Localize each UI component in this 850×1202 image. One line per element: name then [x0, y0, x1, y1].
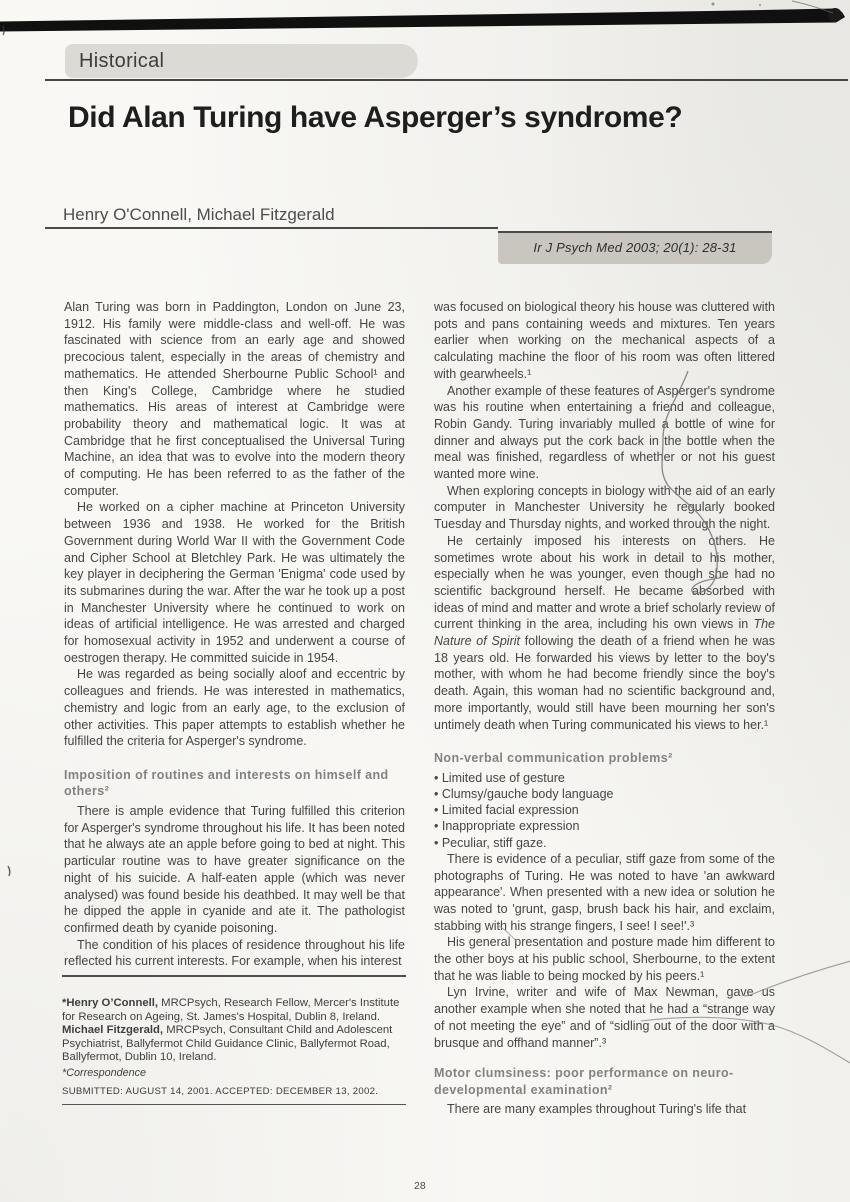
footnote-author2: Michael Fitzgerald, MRCPsych, Consultant… [62, 1024, 406, 1065]
paragraph: There is evidence of a peculiar, stiff g… [434, 851, 775, 935]
paragraph-intro: Alan Turing was born in Paddington, Lond… [64, 299, 405, 499]
paragraph: Lyn Irvine, writer and wife of Max Newma… [434, 984, 775, 1051]
journal-citation: Ir J Psych Med 2003; 20(1): 28-31 [498, 233, 772, 255]
paragraph: Another example of these features of Asp… [434, 383, 775, 483]
category-tab: Historical [65, 44, 418, 78]
bullet-item: • Peculiar, stiff gaze. [434, 835, 775, 851]
scan-top-edge-bar [0, 9, 845, 32]
author-footnote: *Henry O’Connell, MRCPsych, Research Fel… [62, 975, 406, 1105]
paragraph: His general presentation and posture mad… [434, 934, 775, 984]
scan-top-edge-blob [828, 8, 842, 22]
paragraph-text: following the death of a friend when he … [434, 634, 775, 732]
right-column: was focused on biological theory his hou… [434, 299, 775, 1118]
paragraph: He certainly imposed his interests on ot… [434, 533, 775, 733]
submission-dates: SUBMITTED: AUGUST 14, 2001. ACCEPTED: DE… [62, 1085, 406, 1099]
section-heading-nonverbal: Non-verbal communication problems² [434, 750, 775, 767]
bullet-item: • Limited use of gesture [434, 770, 775, 786]
footnote-author1: *Henry O’Connell, MRCPsych, Research Fel… [62, 997, 406, 1024]
authors-rule [45, 227, 498, 229]
footnote-author2-name: Michael Fitzgerald, [62, 1024, 163, 1036]
category-label: Historical [65, 44, 418, 73]
paragraph-text: He certainly imposed his interests on ot… [434, 534, 775, 632]
footnote-author1-name: *Henry O’Connell, [62, 997, 158, 1009]
scratch-mark-top-right [792, 1, 833, 13]
paragraph: When exploring concepts in biology with … [434, 483, 775, 533]
header-rule [45, 79, 848, 81]
paragraph: He was regarded as being socially aloof … [64, 666, 405, 750]
bullet-item: • Clumsy/gauche body language [434, 786, 775, 802]
margin-tick-top-left [3, 26, 4, 35]
bullet-item: • Inappropriate expression [434, 818, 775, 834]
paragraph-continuation: was focused on biological theory his hou… [434, 299, 775, 383]
paragraph: The condition of his places of residence… [64, 937, 405, 970]
scanned-journal-page: Historical Did Alan Turing have Asperger… [0, 0, 850, 1202]
paragraph: There is ample evidence that Turing fulf… [64, 803, 405, 937]
article-authors: Henry O'Connell, Michael Fitzgerald [63, 205, 335, 225]
citation-box: Ir J Psych Med 2003; 20(1): 28-31 [498, 231, 772, 264]
page-number: 28 [414, 1180, 426, 1192]
section-heading-motor: Motor clumsiness: poor performance on ne… [434, 1065, 775, 1098]
paragraph: There are many examples throughout Turin… [434, 1101, 775, 1118]
bullet-item: • Limited facial expression [434, 802, 775, 818]
correspondence-note: *Correspondence [62, 1067, 406, 1081]
left-column: Alan Turing was born in Paddington, Lond… [64, 299, 405, 970]
section-heading-imposition: Imposition of routines and interests on … [64, 767, 405, 800]
paragraph: He worked on a cipher machine at Princet… [64, 499, 405, 666]
margin-apostrophe-mark [8, 866, 10, 876]
article-title: Did Alan Turing have Asperger’s syndrome… [68, 101, 788, 135]
